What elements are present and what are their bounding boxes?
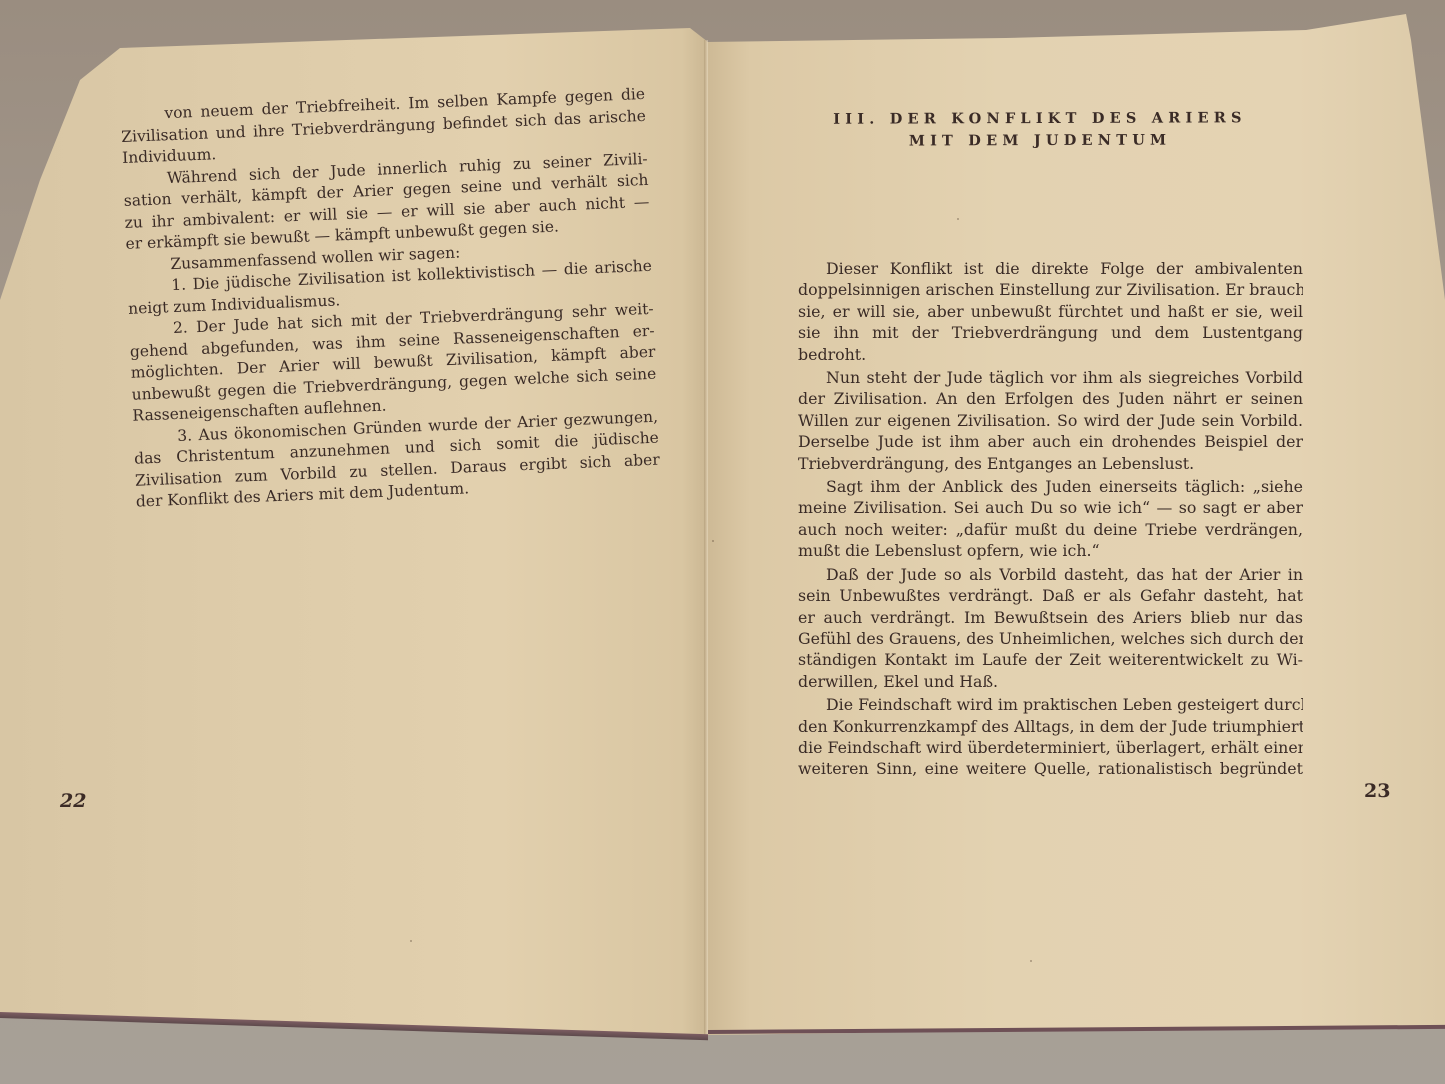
text-line: Sagt ihm der Anblick des Juden einerseit… xyxy=(798,476,1303,497)
paper-speck xyxy=(1030,960,1032,962)
text-line: ständigen Kontakt im Laufe der Zeit weit… xyxy=(798,649,1303,670)
text-line: meine Zivilisation. Sei auch Du so wie i… xyxy=(798,497,1303,518)
text-line: doppelsinnigen arischen Einstellung zur … xyxy=(798,279,1303,300)
text-line: sie ihn mit der Triebverdrängung und dem… xyxy=(798,322,1303,343)
text-line: Daß der Jude so als Vorbild dasteht, das… xyxy=(798,564,1303,585)
text-line: auch noch weiter: „dafür mußt du deine T… xyxy=(798,519,1303,540)
page-number-left: 22 xyxy=(60,790,86,812)
text-line: der Zivilisation. An den Erfolgen des Ju… xyxy=(798,388,1303,409)
paper-speck xyxy=(957,218,959,220)
text-line: bedroht. xyxy=(798,344,1303,365)
text-line: Willen zur eigenen Zivilisation. So wird… xyxy=(798,410,1303,431)
text-line: den Konkurrenzkampf des Alltags, in dem … xyxy=(798,716,1303,737)
text-line: er auch verdrängt. Im Bewußtsein des Ari… xyxy=(798,607,1303,628)
text-line: Die Feindschaft wird im praktischen Lebe… xyxy=(798,694,1303,715)
text-line: sein Unbewußtes verdrängt. Daß er als Ge… xyxy=(798,585,1303,606)
text-line: Dieser Konflikt ist die direkte Folge de… xyxy=(798,258,1303,279)
text-line: derwillen, Ekel und Haß. xyxy=(798,671,1303,692)
chapter-title-line-2: MIT DEM JUDENTUM xyxy=(790,129,1290,153)
chapter-title-line-1: III. DER KONFLIKT DES ARIERS xyxy=(790,107,1290,131)
paper-speck xyxy=(712,540,714,542)
text-line: mußt die Lebenslust opfern, wie ich.“ xyxy=(798,540,1303,561)
left-page-body: von neuem der Triebfreiheit. Im selben K… xyxy=(120,84,661,513)
book-gutter xyxy=(704,40,708,1035)
text-line: Nun steht der Jude täglich vor ihm als s… xyxy=(798,367,1303,388)
text-line: weiteren Sinn, eine weitere Quelle, rati… xyxy=(798,758,1303,779)
text-line: Derselbe Jude ist ihm aber auch ein droh… xyxy=(798,431,1303,452)
text-line: Gefühl des Grauens, des Unheimlichen, we… xyxy=(798,628,1303,649)
text-line: die Feindschaft wird überdeterminiert, ü… xyxy=(798,737,1303,758)
page-number-right: 23 xyxy=(1364,780,1390,802)
paper-speck xyxy=(410,940,412,942)
text-line: Triebverdrängung, des Entganges an Leben… xyxy=(798,453,1303,474)
right-page-body: Dieser Konflikt ist die direkte Folge de… xyxy=(798,258,1303,780)
chapter-title: III. DER KONFLIKT DES ARIERS MIT DEM JUD… xyxy=(790,107,1290,153)
text-line: sie, er will sie, aber unbewußt fürchtet… xyxy=(798,301,1303,322)
